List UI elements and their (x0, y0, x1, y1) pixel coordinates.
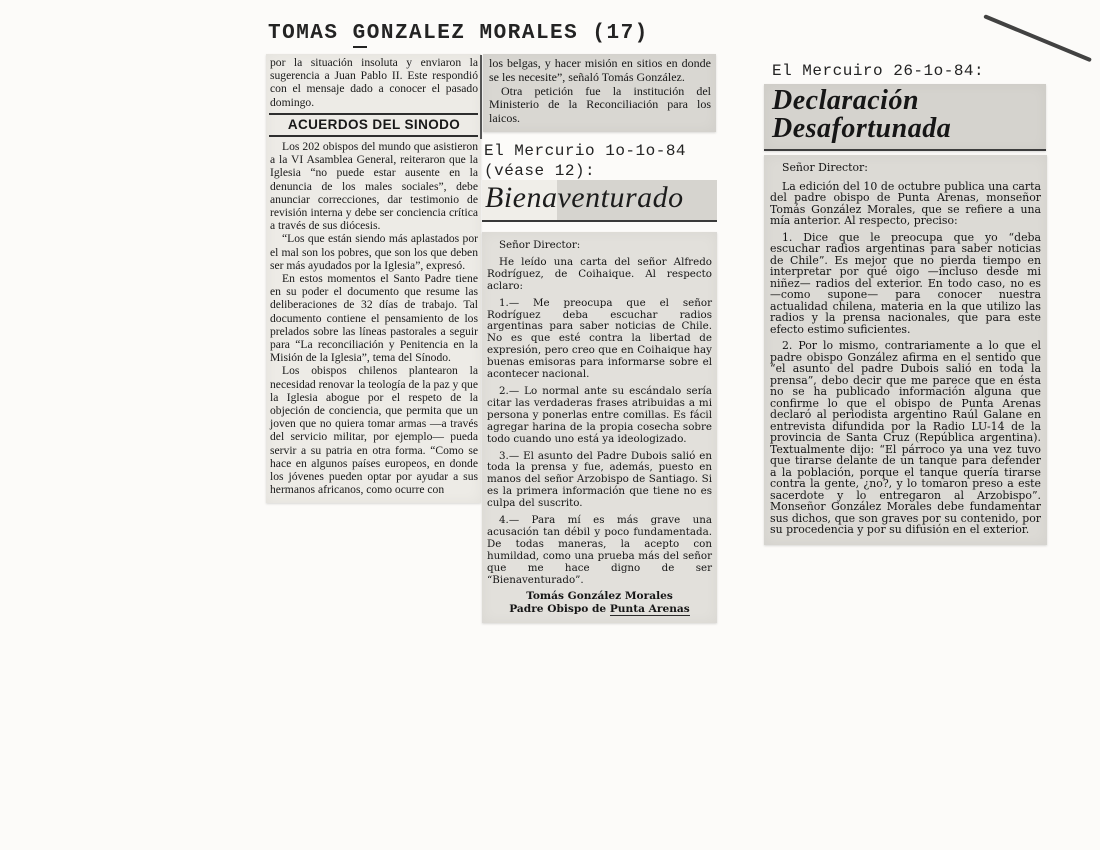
letter-paragraph: 1. Dice que le preocupa que yo “deba esc… (770, 232, 1041, 336)
source-line: El Mercurio 1o-1o-84 (484, 141, 686, 161)
letter-paragraph: He leído una carta del señor Alfredo Rod… (487, 257, 712, 293)
continuation-paragraph: los belgas, y hacer misión en sitios en … (489, 57, 711, 85)
page-title: TOMAS GONZALEZ MORALES (17) (268, 22, 649, 45)
source-annotation-mercurio-10: El Mercurio 1o-1o-84 (véase 12): (484, 141, 686, 181)
clipping-middle-top: los belgas, y hacer misión en sitios en … (483, 54, 716, 132)
clipping-left-column: por la situación insoluta y enviaron la … (266, 54, 481, 503)
page-title-underlined-letter: G (353, 22, 367, 48)
headline-line: Desafortunada (772, 115, 1038, 143)
letter-paragraph: 4.— Para mí es más grave una acusación t… (487, 515, 712, 586)
headline-rule (764, 149, 1046, 151)
clipping-middle-letter: Señor Director: He leído una carta del s… (482, 232, 717, 623)
signature-name: Tomás González Morales (487, 590, 712, 603)
salutation: Señor Director: (770, 162, 1041, 174)
article-paragraph: Otra petición fue la institución del Min… (489, 85, 711, 126)
headline-line: Declaración (772, 87, 1038, 115)
page-title-post: ONZALEZ MORALES (17) (367, 22, 649, 45)
source-annotation-mercurio-26: El Mercuiro 26-1o-84: (772, 61, 984, 81)
corner-pen-mark-icon (983, 14, 1092, 62)
article-paragraph: “Los que están siendo más aplastados por… (270, 232, 478, 272)
letter-paragraph: 2.— Lo normal ante su escándalo sería ci… (487, 386, 712, 446)
signature-role-underlined: Punta Arenas (610, 603, 690, 616)
headline-bienaventurado: Bienaventurado (482, 180, 717, 222)
page-title-pre: TOMAS (268, 22, 353, 45)
article-paragraph: Los 202 obispos del mundo que asistieron… (270, 140, 478, 232)
salutation: Señor Director: (487, 240, 712, 252)
section-rule-bottom (269, 135, 478, 137)
article-paragraph: Los obispos chilenos plantearon la neces… (270, 364, 478, 496)
letter-paragraph: La edición del 10 de octubre publica una… (770, 181, 1041, 227)
continuation-paragraph: por la situación insoluta y enviaron la … (270, 56, 478, 109)
letter-paragraph: 2. Por lo mismo, contrariamente a lo que… (770, 340, 1041, 536)
source-line: (véase 12): (484, 161, 686, 181)
scanned-scrapbook-page: TOMAS GONZALEZ MORALES (17) por la situa… (0, 0, 1100, 850)
signature-block: Tomás González Morales Padre Obispo de P… (487, 590, 712, 615)
signature-role-prefix: Padre Obispo de (509, 603, 610, 615)
signature-role: Padre Obispo de Punta Arenas (487, 603, 712, 616)
letter-paragraph: 1.— Me preocupa que el señor Rodríguez d… (487, 298, 712, 381)
section-rule-top (269, 113, 478, 115)
column-divider-rule (480, 55, 482, 139)
letter-paragraph: 3.— El asunto del Padre Dubois salió en … (487, 451, 712, 511)
clipping-right-letter: Señor Director: La edición del 10 de oct… (764, 155, 1047, 545)
article-paragraph: En estos momentos el Santo Padre tiene e… (270, 272, 478, 364)
section-header: ACUERDOS DEL SINODO (270, 118, 478, 131)
headline-declaracion-desafortunada: Declaración Desafortunada (764, 84, 1046, 151)
